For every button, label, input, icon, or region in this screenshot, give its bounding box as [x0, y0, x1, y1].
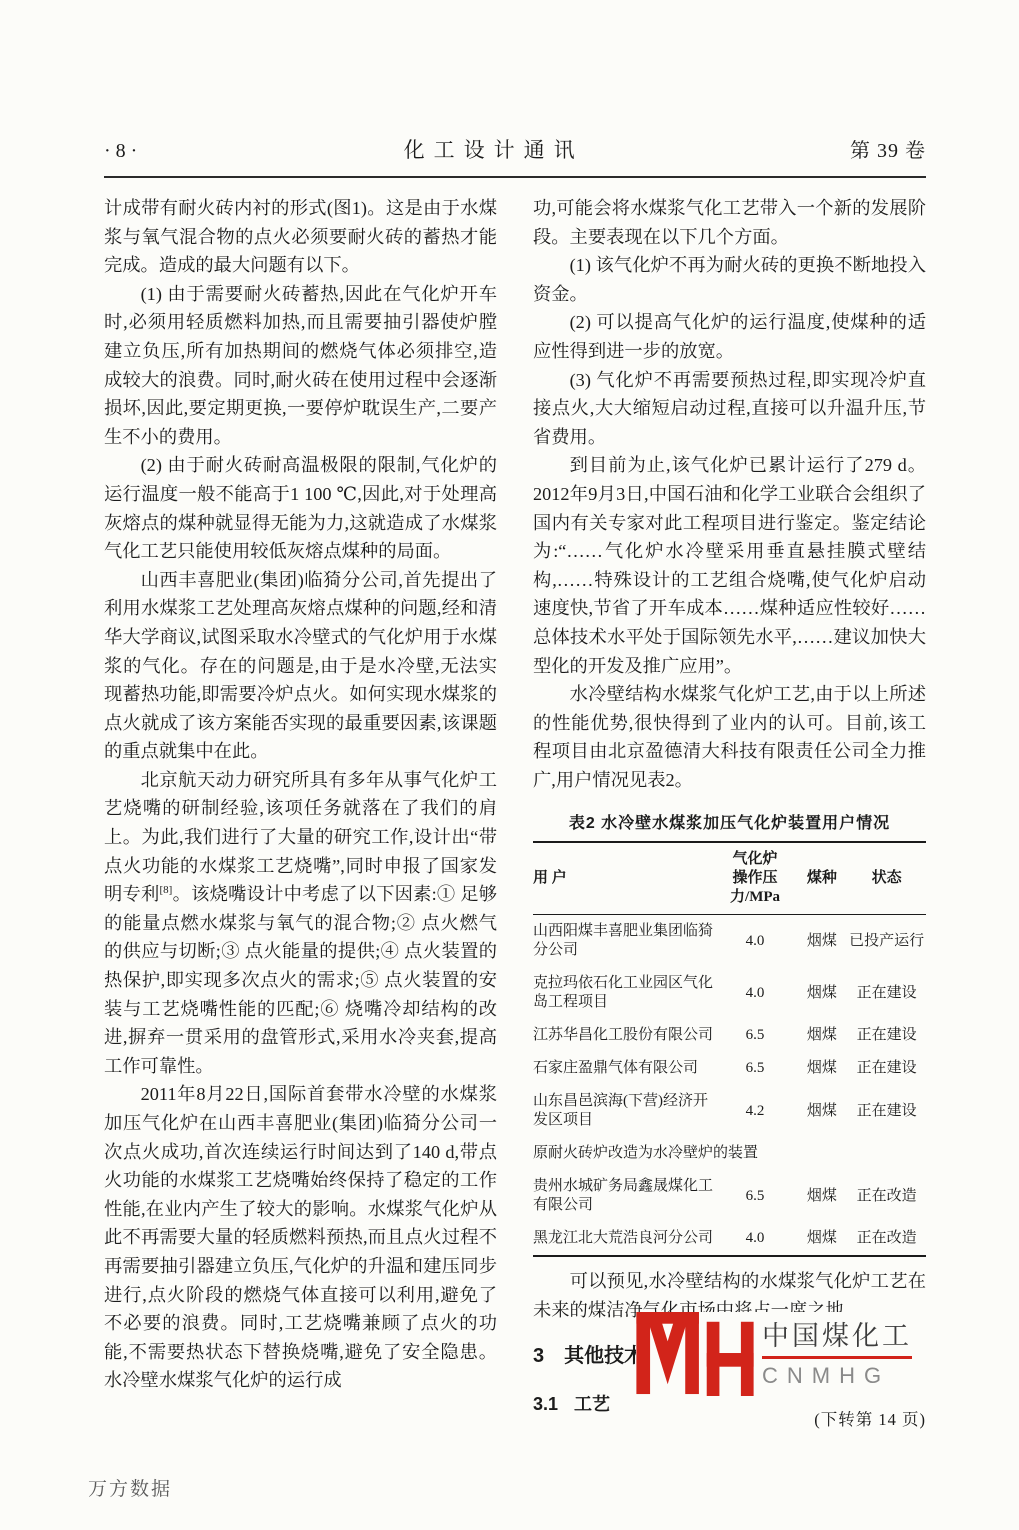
- cell-status: 已投产运行: [847, 915, 926, 968]
- logo-chinese-text: 中国煤化工: [762, 1314, 912, 1359]
- cell-coal: 烟煤: [796, 1019, 847, 1052]
- two-column-body: 计成带有耐火砖内衬的形式(图1)。这是由于水煤浆与氧气混合物的点火必须要耐火砖的…: [104, 194, 926, 1422]
- page-number: · 8 ·: [104, 140, 137, 163]
- paragraph-text: 。该烧嘴设计中考虑了以下因素:① 足够的能量点燃水煤浆与氧气的混合物;② 点火燃…: [104, 884, 497, 1076]
- users-table: 用 户 气化炉 操作压力/MPa 煤种 状态 山西阳煤丰喜肥业集团临猗分公司 4…: [533, 841, 926, 1257]
- continuation-note: (下转第 14 页): [814, 1406, 926, 1430]
- cell-coal: 烟煤: [796, 1085, 847, 1137]
- paragraph: 山西丰喜肥业(集团)临猗分公司,首先提出了利用水煤浆工艺处理高灰熔点煤种的问题,…: [104, 566, 497, 766]
- table-row: 江苏华昌化工股份有限公司 6.5 烟煤 正在建设: [533, 1019, 926, 1052]
- paragraph: (3) 气化炉不再需要预热过程,即实现冷炉直接点火,大大缩短启动过程,直接可以升…: [533, 366, 926, 452]
- cell-user: 克拉玛依石化工业园区气化岛工程项目: [533, 967, 714, 1019]
- journal-page: · 8 · 化工设计通讯 第 39 卷 计成带有耐火砖内衬的形式(图1)。这是由…: [0, 0, 1019, 1530]
- cell-coal: 烟煤: [796, 1170, 847, 1222]
- paragraph: 北京航天动力研究所具有多年从事气化炉工艺烧嘴的研制经验,该项任务就落在了我们的肩…: [104, 766, 497, 1081]
- subsection-number: 3.1: [533, 1394, 558, 1415]
- paragraph: 水冷壁结构水煤浆气化炉工艺,由于以上所述的性能优势,很快得到了业内的认可。目前,…: [533, 680, 926, 794]
- cell-pressure: 4.2: [714, 1085, 797, 1137]
- paragraph: (2) 可以提高气化炉的运行温度,使煤种的适应性得到进一步的放宽。: [533, 308, 926, 365]
- cell-user: 石家庄盈鼎气体有限公司: [533, 1052, 714, 1085]
- volume-label: 第 39 卷: [850, 134, 926, 163]
- cell-user: 山东昌邑滨海(下营)经济开发区项目: [533, 1085, 714, 1137]
- cell-coal: 烟煤: [796, 1222, 847, 1256]
- cell-user: 黑龙江北大荒浩良河分公司: [533, 1222, 714, 1256]
- subsection-title: 工艺: [574, 1390, 610, 1416]
- paragraph: 计成带有耐火砖内衬的形式(图1)。这是由于水煤浆与氧气混合物的点火必须要耐火砖的…: [104, 194, 497, 280]
- paragraph: 2011年8月22日,国际首套带水冷壁的水煤浆加压气化炉在山西丰喜肥业(集团)临…: [104, 1080, 497, 1395]
- column-header-user: 用 户: [533, 842, 714, 915]
- cell-coal: 烟煤: [796, 915, 847, 968]
- cell-pressure: 4.0: [714, 915, 797, 968]
- paragraph: 功,可能会将水煤浆气化工艺带入一个新的发展阶段。主要表现在以下几个方面。: [533, 194, 926, 251]
- cell-coal: 烟煤: [796, 967, 847, 1019]
- logo-text-block: 中国煤化工 CNMHG: [762, 1312, 912, 1389]
- cnmhg-logo: 中国煤化工 CNMHG: [636, 1312, 912, 1396]
- cell-status: 正在改造: [847, 1170, 926, 1222]
- paragraph: (1) 该气化炉不再为耐火砖的更换不断地投入资金。: [533, 251, 926, 308]
- reference-superscript: [8]: [160, 884, 173, 896]
- right-column: 功,可能会将水煤浆气化工艺带入一个新的发展阶段。主要表现在以下几个方面。 (1)…: [533, 194, 926, 1422]
- cell-section-label: 原耐火砖炉改造为水冷壁炉的装置: [533, 1137, 926, 1170]
- table-row: 黑龙江北大荒浩良河分公司 4.0 烟煤 正在改造: [533, 1222, 926, 1256]
- journal-title: 化工设计通讯: [404, 134, 584, 164]
- paragraph: (2) 由于耐火砖耐高温极限的限制,气化炉的运行温度一般不能高于1 100 ℃,…: [104, 451, 497, 565]
- page-header: · 8 · 化工设计通讯 第 39 卷: [104, 134, 926, 178]
- cell-pressure: 4.0: [714, 967, 797, 1019]
- cell-user: 贵州水城矿务局鑫晟煤化工有限公司: [533, 1170, 714, 1222]
- table-row: 山西阳煤丰喜肥业集团临猗分公司 4.0 烟煤 已投产运行: [533, 915, 926, 968]
- cell-pressure: 4.0: [714, 1222, 797, 1256]
- table-row: 克拉玛依石化工业园区气化岛工程项目 4.0 烟煤 正在建设: [533, 967, 926, 1019]
- cell-status: 正在建设: [847, 967, 926, 1019]
- cell-user: 江苏华昌化工股份有限公司: [533, 1019, 714, 1052]
- table-section-row: 原耐火砖炉改造为水冷壁炉的装置: [533, 1137, 926, 1170]
- paragraph: 到目前为止,该气化炉已累计运行了279 d。2012年9月3日,中国石油和化学工…: [533, 451, 926, 680]
- table-header-row: 用 户 气化炉 操作压力/MPa 煤种 状态: [533, 842, 926, 915]
- coal-chem-logo-icon: [636, 1312, 754, 1396]
- section-number: 3: [533, 1345, 544, 1368]
- cell-coal: 烟煤: [796, 1052, 847, 1085]
- left-column: 计成带有耐火砖内衬的形式(图1)。这是由于水煤浆与氧气混合物的点火必须要耐火砖的…: [104, 194, 497, 1422]
- table-row: 山东昌邑滨海(下营)经济开发区项目 4.2 烟煤 正在建设: [533, 1085, 926, 1137]
- cell-status: 正在建设: [847, 1085, 926, 1137]
- wanfang-watermark: 万方数据: [88, 1474, 172, 1501]
- table-row: 石家庄盈鼎气体有限公司 6.5 烟煤 正在建设: [533, 1052, 926, 1085]
- cell-user: 山西阳煤丰喜肥业集团临猗分公司: [533, 915, 714, 968]
- column-header-pressure: 气化炉 操作压力/MPa: [714, 842, 797, 915]
- cell-pressure: 6.5: [714, 1170, 797, 1222]
- column-header-status: 状态: [847, 842, 926, 915]
- column-header-coal: 煤种: [796, 842, 847, 915]
- paragraph: (1) 由于需要耐火砖蓄热,因此在气化炉开车时,必须用轻质燃料加热,而且需要抽引…: [104, 280, 497, 452]
- table-2-block: 表2 水冷壁水煤浆加压气化炉装置用户情况 用 户 气化炉 操作压力/MPa 煤种…: [533, 810, 926, 1257]
- cell-status: 正在建设: [847, 1052, 926, 1085]
- cell-status: 正在建设: [847, 1019, 926, 1052]
- table-row: 贵州水城矿务局鑫晟煤化工有限公司 6.5 烟煤 正在改造: [533, 1170, 926, 1222]
- cell-pressure: 6.5: [714, 1019, 797, 1052]
- logo-latin-text: CNMHG: [762, 1363, 912, 1389]
- cell-status: 正在改造: [847, 1222, 926, 1256]
- cell-pressure: 6.5: [714, 1052, 797, 1085]
- table-title: 表2 水冷壁水煤浆加压气化炉装置用户情况: [533, 810, 926, 833]
